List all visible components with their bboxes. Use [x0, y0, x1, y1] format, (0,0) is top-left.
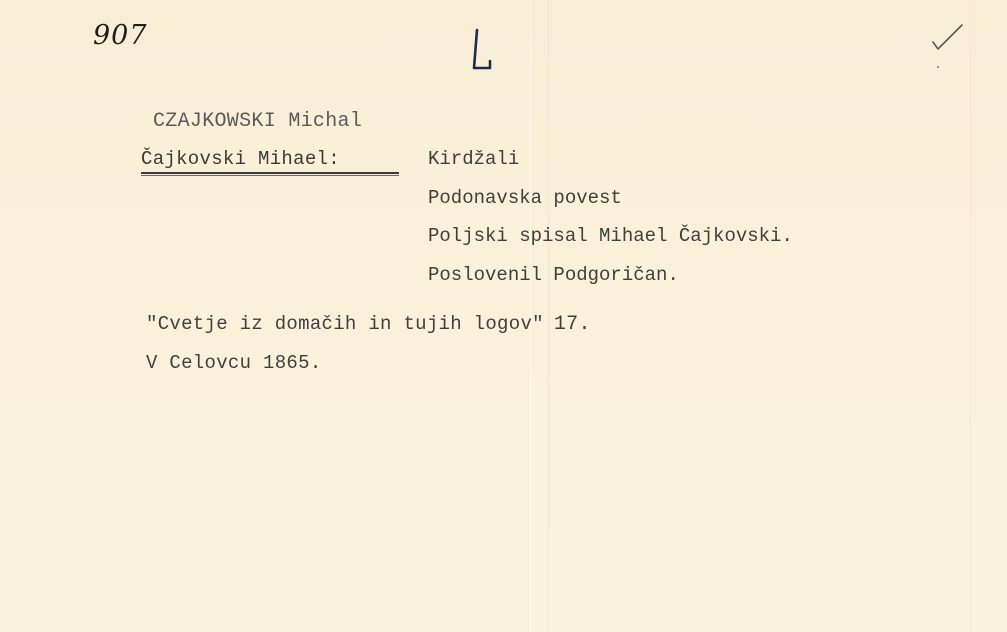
title-block: Kirdžali Podonavska povest Poljski spisa…: [428, 148, 793, 302]
pencil-dot: [937, 66, 939, 68]
series-title: "Cvetje iz domačih in tujih logov": [146, 313, 544, 335]
series-statement: "Cvetje iz domačih in tujih logov"17.: [146, 313, 591, 336]
series-number: 17.: [554, 313, 591, 336]
shelf-mark-l-icon: [470, 28, 492, 72]
imprint: V Celovcu 1865.: [146, 352, 322, 374]
author-name: Čajkovski Mihael:: [141, 148, 340, 170]
call-number: 907: [93, 20, 148, 51]
catalog-card: 907 CZAJKOWSKI Michal Čajkovski Mihael: …: [0, 0, 1007, 632]
author-underline: [141, 175, 399, 176]
paper-crease: [970, 0, 971, 632]
author-underline: [141, 172, 399, 174]
author-statement: Poljski spisal Mihael Čajkovski.: [428, 225, 793, 264]
author-heading: CZAJKOWSKI Michal: [153, 110, 362, 133]
title-line: Kirdžali: [428, 148, 793, 187]
subtitle-line: Podonavska povest: [428, 187, 793, 226]
checkmark-icon: [930, 22, 964, 52]
translator-statement: Poslovenil Podgoričan.: [428, 264, 793, 303]
